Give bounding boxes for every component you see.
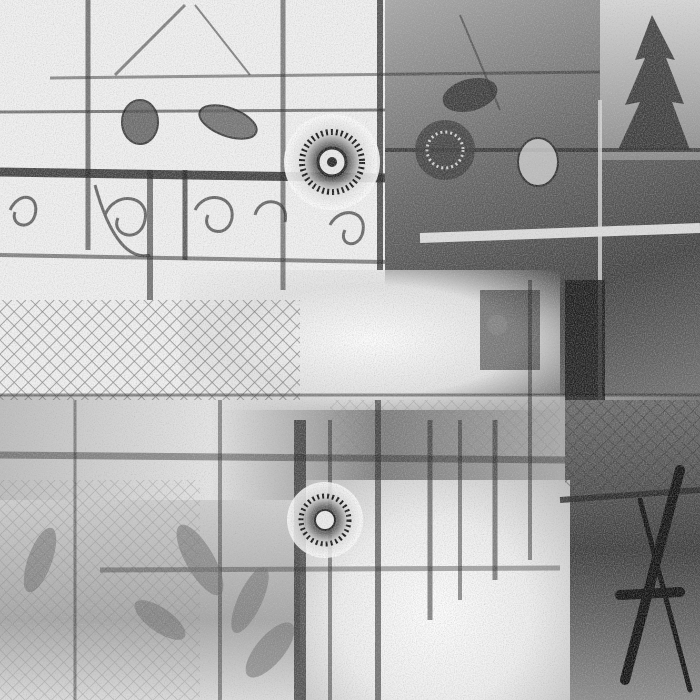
collage-image [0,0,700,700]
grain-texture [0,0,700,700]
collage-artwork [0,0,700,700]
